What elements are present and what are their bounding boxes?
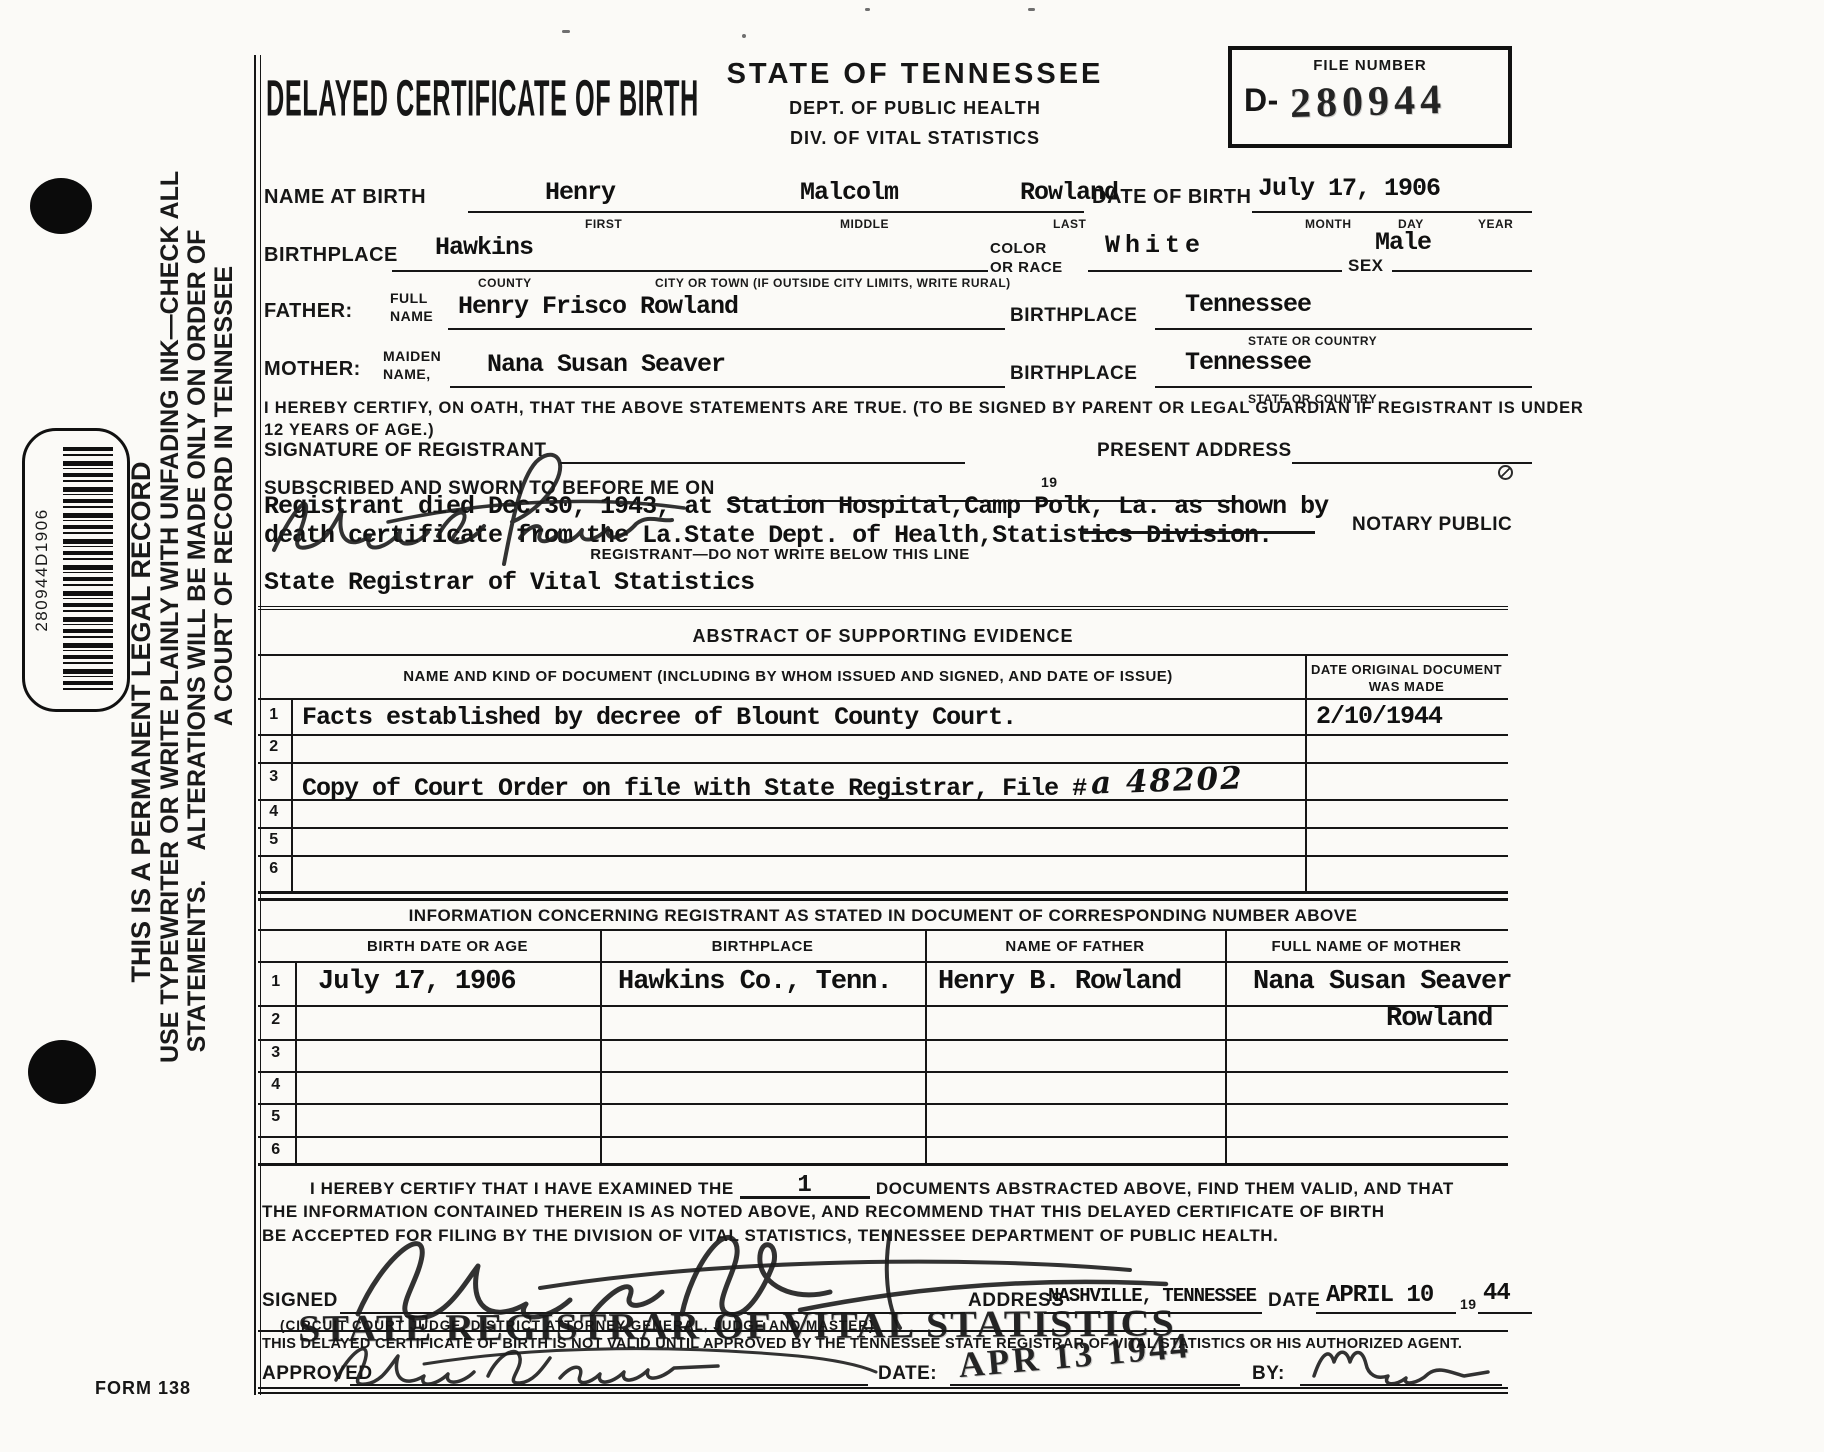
date-label: DATE	[1268, 1290, 1320, 1312]
mother-birthplace-label: BIRTHPLACE	[1010, 363, 1137, 385]
barcode-number: 280944D1906	[27, 455, 57, 685]
info-header-birthdate: BIRTH DATE OR AGE	[295, 938, 600, 955]
registrar-signature	[268, 452, 688, 572]
present-address-label: PRESENT ADDRESS	[1097, 440, 1292, 462]
barcode-box: 280944D1906	[22, 428, 130, 712]
info-row2-mother: Rowland	[1386, 1004, 1492, 1034]
margin-court-of-record: A COURT OF RECORD IN TENNESSEE	[209, 236, 239, 756]
underline	[950, 1384, 1240, 1386]
margin-use-typewriter: USE TYPEWRITER OR WRITE PLAINLY WITH UNF…	[155, 193, 185, 1063]
info-row1-birthplace: Hawkins Co., Tenn.	[618, 967, 892, 997]
scan-speckle	[1028, 8, 1035, 11]
info-table: INFORMATION CONCERNING REGISTRANT AS STA…	[258, 898, 1508, 1166]
info-row1-father: Henry B. Rowland	[938, 967, 1181, 997]
father-name-sublabel: NAME	[390, 308, 433, 324]
info-row1-birthdate: July 17, 1906	[318, 967, 516, 997]
strike-line	[1080, 531, 1315, 534]
table-rule	[258, 855, 1508, 857]
table-rule	[258, 734, 1508, 736]
abstract-row3-typed: Copy of Court Order on file with State R…	[302, 774, 1086, 803]
info-row-number: 4	[264, 1076, 288, 1094]
scan-speckle	[742, 34, 746, 38]
city-or-town-sublabel: CITY OR TOWN (IF OUTSIDE CITY LIMITS, WR…	[655, 276, 1011, 290]
abstract-row1-document: Facts established by decree of Blount Co…	[302, 703, 1016, 732]
info-header-father: NAME OF FATHER	[925, 938, 1225, 955]
table-rule	[258, 827, 1508, 829]
father-name-value: Henry Frisco Rowland	[458, 292, 738, 321]
month-sublabel: MONTH	[1305, 217, 1352, 231]
header-state: STATE OF TENNESSEE	[700, 58, 1130, 91]
mother-label: MOTHER:	[264, 358, 361, 381]
birthplace-label: BIRTHPLACE	[264, 244, 398, 267]
abstract-row3-handwritten: a 48202	[1090, 760, 1244, 801]
header-division: DIV. OF VITAL STATISTICS	[700, 128, 1130, 149]
birthplace-value: Hawkins	[435, 233, 533, 262]
father-birthplace-label: BIRTHPLACE	[1010, 305, 1137, 327]
underline	[450, 386, 1005, 388]
certification-line1a: I HEREBY CERTIFY THAT I HAVE EXAMINED TH…	[262, 1179, 734, 1199]
table-rule	[258, 1071, 1508, 1073]
abstract-row1-date: 2/10/1944	[1316, 702, 1442, 731]
mother-maiden-sublabel: MAIDEN	[383, 348, 441, 364]
abstract-row3-document: Copy of Court Order on file with State R…	[302, 767, 1243, 803]
underline	[1252, 211, 1532, 213]
form-number: FORM 138	[95, 1378, 191, 1399]
abstract-row-number: 5	[262, 831, 286, 849]
margin-alterations: ALTERATIONS WILL BE MADE ONLY ON ORDER O…	[182, 225, 212, 855]
table-rule	[258, 1039, 1508, 1041]
underline	[1155, 328, 1532, 330]
abstract-date-col-header2: WAS MADE	[1305, 679, 1508, 694]
info-row-number: 5	[264, 1108, 288, 1126]
father-birthplace-value: Tennessee	[1185, 290, 1311, 319]
underline	[448, 328, 1005, 330]
info-row1-mother: Nana Susan Seaver	[1253, 967, 1511, 997]
father-full-sublabel: FULL	[390, 290, 428, 306]
underline	[1088, 270, 1342, 272]
table-rule	[258, 929, 1508, 931]
name-at-birth-label: NAME AT BIRTH	[264, 186, 426, 209]
table-rule	[258, 1005, 1508, 1007]
file-number-box: FILE NUMBER D- 280944	[1228, 46, 1512, 148]
by-label: BY:	[1252, 1363, 1285, 1385]
certification-doc-count: 1	[740, 1176, 870, 1199]
table-rule	[258, 961, 1508, 963]
punch-hole-top	[30, 178, 92, 234]
file-number-label: FILE NUMBER	[1232, 57, 1508, 74]
info-header-mother: FULL NAME OF MOTHER	[1225, 938, 1508, 955]
year-sublabel: YEAR	[1478, 217, 1513, 231]
last-name-value: Rowland	[1020, 178, 1118, 207]
abstract-doc-col-header: NAME AND KIND OF DOCUMENT (INCLUDING BY …	[298, 668, 1278, 685]
middle-name-value: Malcolm	[800, 178, 898, 207]
table-divider	[600, 929, 602, 1163]
abstract-row-number: 6	[262, 860, 286, 878]
info-title: INFORMATION CONCERNING REGISTRANT AS STA…	[258, 906, 1508, 926]
table-rule	[258, 654, 1508, 656]
last-sublabel: LAST	[1053, 217, 1086, 231]
mother-birthplace-value: Tennessee	[1185, 348, 1311, 377]
scan-speckle	[865, 8, 870, 11]
barcode-icon	[63, 447, 113, 693]
certification-line1b: DOCUMENTS ABSTRACTED ABOVE, FIND THEM VA…	[876, 1179, 1454, 1199]
scan-mark-circle-icon	[1498, 465, 1513, 480]
state-or-country-sublabel: STATE OR COUNTRY	[1248, 334, 1377, 348]
page-title: DELAYED CERTIFICATE OF BIRTH	[266, 68, 699, 127]
abstract-table: ABSTRACT OF SUPPORTING EVIDENCE NAME AND…	[258, 606, 1508, 894]
first-name-value: Henry	[545, 178, 615, 207]
table-divider	[291, 698, 293, 891]
abstract-date-col-header: DATE ORIGINAL DOCUMENT	[1305, 662, 1508, 677]
by-signature	[1302, 1338, 1502, 1386]
first-sublabel: FIRST	[585, 217, 622, 231]
abstract-row-number: 2	[262, 738, 286, 756]
notary-public-label: NOTARY PUBLIC	[1352, 514, 1512, 536]
abstract-title: ABSTRACT OF SUPPORTING EVIDENCE	[258, 626, 1508, 647]
info-row-number: 2	[264, 1011, 288, 1029]
year-value: 44	[1483, 1280, 1510, 1307]
info-row-number: 3	[264, 1044, 288, 1062]
mother-name-value: Nana Susan Seaver	[487, 350, 725, 379]
mother-name-sublabel: NAME,	[383, 366, 431, 382]
middle-sublabel: MIDDLE	[840, 217, 889, 231]
race-value: White	[1105, 231, 1205, 260]
scan-speckle	[562, 30, 570, 33]
sworn-year-19: 19	[1038, 474, 1061, 490]
table-rule	[258, 698, 1508, 700]
table-rule	[258, 1103, 1508, 1105]
table-divider	[925, 929, 927, 1163]
date-value: APRIL 10	[1326, 1282, 1433, 1309]
sex-label: SEX	[1348, 256, 1384, 276]
punch-hole-bottom	[28, 1040, 96, 1104]
underline	[468, 211, 1084, 213]
underline	[1392, 270, 1532, 272]
abstract-row-number: 4	[262, 803, 286, 821]
info-row-number: 1	[264, 973, 288, 991]
header-dept: DEPT. OF PUBLIC HEALTH	[700, 98, 1130, 119]
info-header-birthplace: BIRTHPLACE	[600, 938, 925, 955]
underline	[1155, 386, 1532, 388]
oath-certify-line1: I HEREBY CERTIFY, ON OATH, THAT THE ABOV…	[264, 399, 1584, 418]
certification-line2: THE INFORMATION CONTAINED THEREIN IS AS …	[262, 1202, 1385, 1222]
date-of-birth-value: July 17, 1906	[1258, 174, 1440, 203]
file-number-value: 280944	[1289, 76, 1446, 128]
abstract-row-number: 3	[262, 768, 286, 786]
table-rule	[258, 762, 1508, 764]
oath-certify-line2: 12 YEARS OF AGE.)	[264, 421, 434, 440]
margin-statements: STATEMENTS.	[182, 876, 212, 1056]
underline	[1478, 1312, 1532, 1314]
table-divider	[295, 961, 297, 1163]
year-prefix: 19	[1460, 1296, 1477, 1312]
father-label: FATHER:	[264, 300, 353, 323]
table-rule	[258, 1136, 1508, 1138]
certification-line1: I HEREBY CERTIFY THAT I HAVE EXAMINED TH…	[262, 1176, 1510, 1199]
table-divider	[1305, 654, 1307, 891]
color-label: COLOR	[990, 240, 1047, 257]
abstract-row-number: 1	[262, 706, 286, 724]
table-divider	[1225, 929, 1227, 1163]
sex-value: Male	[1375, 228, 1431, 257]
file-number-prefix: D-	[1244, 82, 1279, 119]
underline	[1292, 462, 1532, 464]
typed-state-registrar-line: State Registrar of Vital Statistics	[264, 568, 754, 597]
underline	[392, 270, 988, 272]
delayed-birth-certificate-page: NOTE CAREFULLY 280944D1906 THIS IS A PER…	[0, 0, 1824, 1452]
underline	[1316, 1312, 1456, 1314]
info-row-number: 6	[264, 1141, 288, 1159]
county-sublabel: COUNTY	[478, 276, 532, 290]
or-race-label: OR RACE	[990, 259, 1063, 276]
